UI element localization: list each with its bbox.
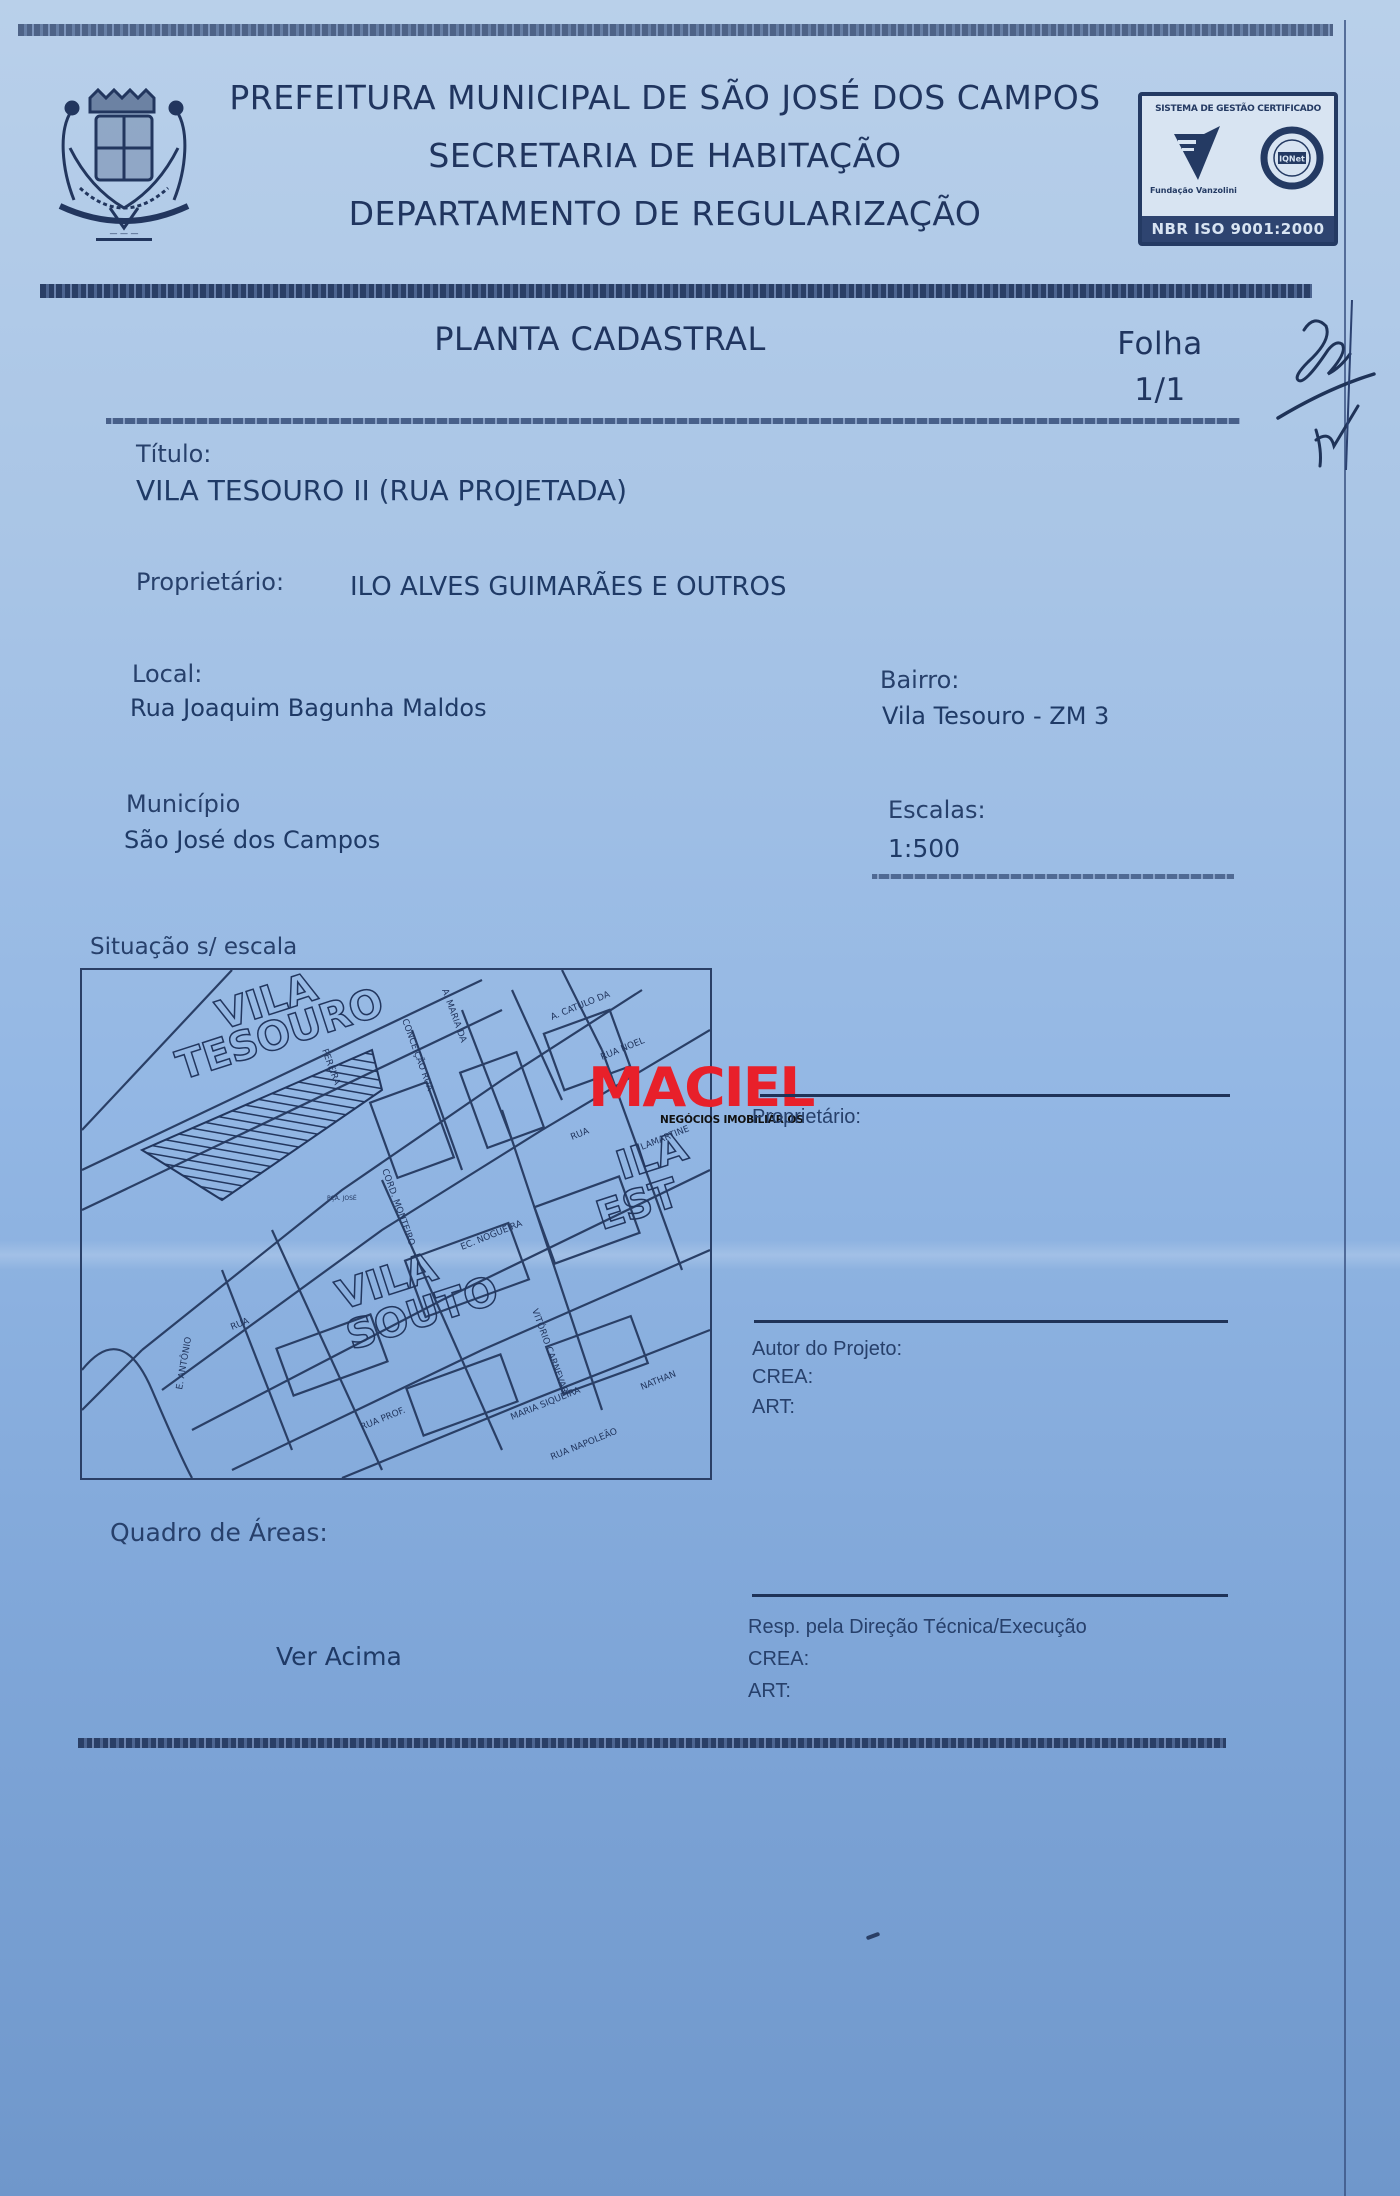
folha-label: Folha: [1100, 326, 1220, 362]
iso-top-text: SISTEMA DE GESTÃO CERTIFICADO: [1142, 104, 1334, 114]
svg-text:— — —: — — —: [109, 229, 138, 238]
municipio-label: Município: [126, 790, 240, 818]
watermark-brand: MACIEL: [588, 1064, 830, 1112]
proprietario-signature-line: [760, 1094, 1230, 1097]
autor-signature-line: [754, 1320, 1228, 1323]
autor-label: Autor do Projeto:: [752, 1338, 902, 1361]
quadro-areas-label: Quadro de Áreas:: [110, 1518, 328, 1547]
sheet-title: PLANTA CADASTRAL: [380, 320, 820, 358]
svg-text:IQNet: IQNet: [1279, 155, 1305, 164]
title-divider: [106, 418, 1240, 424]
proprietario-label: Proprietário:: [136, 568, 284, 596]
titulo-value: VILA TESOURO II (RUA PROJETADA): [136, 474, 627, 507]
local-value: Rua Joaquim Bagunha Maldos: [130, 694, 487, 722]
escalas-divider: [872, 874, 1234, 879]
header-secretaria: SECRETARIA DE HABITAÇÃO: [200, 136, 1130, 175]
svg-text:EC. NOGUEIRA: EC. NOGUEIRA: [459, 1219, 524, 1253]
folha-value: 1/1: [1100, 372, 1220, 408]
escalas-value: 1:500: [888, 834, 960, 863]
quadro-areas-value: Ver Acima: [276, 1642, 402, 1671]
location-map: VILA TESOURO VILA SOUTO ILA EST A. CATUL…: [80, 968, 712, 1480]
bairro-value: Vila Tesouro - ZM 3: [882, 702, 1109, 730]
svg-text:A. CATULO DA: A. CATULO DA: [549, 990, 612, 1023]
local-label: Local:: [132, 660, 202, 688]
svg-text:RUA: RUA: [229, 1316, 251, 1333]
iqnet-seal-icon: IQNet: [1260, 126, 1324, 190]
resp-crea-label: CREA:: [748, 1648, 809, 1671]
resp-label: Resp. pela Direção Técnica/Execução: [748, 1616, 1087, 1639]
handwritten-page-number: 22: [1270, 300, 1380, 470]
top-border-bar: [18, 24, 1333, 36]
svg-text:PÇA. JOSÉ: PÇA. JOSÉ: [327, 1194, 357, 1202]
iso-standard-label: NBR ISO 9001:2000: [1142, 216, 1334, 242]
iso-certification-badge: SISTEMA DE GESTÃO CERTIFICADO Fundação V…: [1138, 92, 1338, 246]
header-prefeitura: PREFEITURA MUNICIPAL DE SÃO JOSÉ DOS CAM…: [200, 78, 1130, 117]
resp-art-label: ART:: [748, 1680, 791, 1703]
proprietario-value: ILO ALVES GUIMARÃES E OUTROS: [350, 572, 787, 602]
footer-divider-bar: [78, 1738, 1226, 1748]
header-divider-bar: [40, 284, 1312, 298]
autor-crea-label: CREA:: [752, 1366, 813, 1389]
street-map-diagram: VILA TESOURO VILA SOUTO ILA EST A. CATUL…: [82, 970, 710, 1478]
signature-proprietario-label: Proprietário:: [752, 1106, 861, 1129]
escalas-label: Escalas:: [888, 796, 986, 824]
header-departamento: DEPARTAMENTO DE REGULARIZAÇÃO: [200, 194, 1130, 233]
vanzolini-check-icon: [1172, 126, 1222, 180]
svg-text:CORD. MONTEIRO: CORD. MONTEIRO: [379, 1168, 416, 1248]
paper-speck: [866, 1932, 881, 1941]
situacao-label: Situação s/ escala: [90, 934, 297, 960]
bairro-label: Bairro:: [880, 666, 959, 694]
titulo-label: Título:: [136, 440, 211, 468]
municipio-value: São José dos Campos: [124, 826, 380, 854]
svg-text:RUA NAPOLEÃO: RUA NAPOLEÃO: [549, 1426, 619, 1463]
svg-text:22: 22: [1270, 300, 1272, 301]
resp-signature-line: [752, 1594, 1228, 1597]
svg-text:NATHAN: NATHAN: [639, 1370, 677, 1393]
svg-text:RUA PROF.: RUA PROF.: [359, 1406, 407, 1433]
municipal-coat-of-arms-icon: — — —: [50, 88, 198, 258]
iso-left-caption: Fundação Vanzolini: [1150, 186, 1237, 195]
autor-art-label: ART:: [752, 1396, 795, 1419]
svg-text:RUA: RUA: [569, 1126, 591, 1143]
svg-text:E. ANTÔNIO: E. ANTÔNIO: [173, 1336, 194, 1391]
